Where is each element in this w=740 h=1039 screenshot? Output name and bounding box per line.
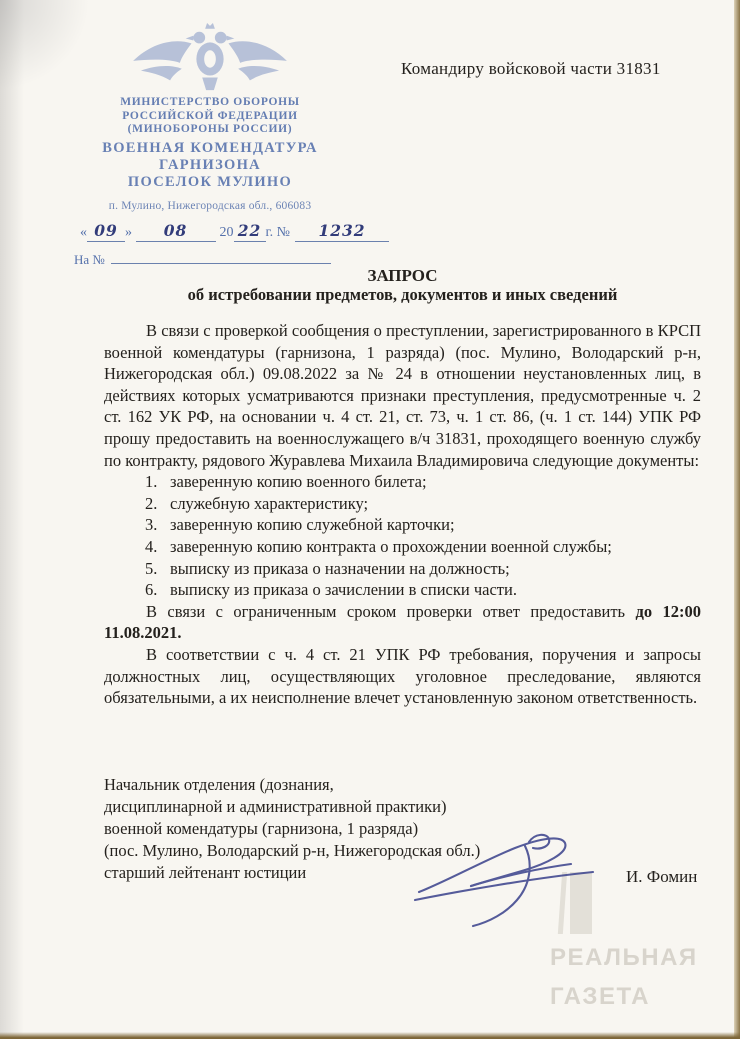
signature-line2: дисциплинарной и административной практи… [104,796,480,818]
date-month-field: 08 [136,221,216,242]
document-title: ЗАПРОС [104,266,701,285]
stamp-org-line1: МИНИСТЕРСТВО ОБОРОНЫ [68,96,352,110]
requested-documents-list: заверенную копию военного билета; служеб… [104,471,701,601]
ref-label: На № [74,252,105,267]
list-item: служебную характеристику; [104,493,701,515]
scanned-document-page: МИНИСТЕРСТВО ОБОРОНЫ РОССИЙСКОЙ ФЕДЕРАЦИ… [0,0,740,1039]
signature-line1: Начальник отделения (дознания, [104,774,480,796]
date-year-printed: 20 [220,225,234,240]
scan-edge-bottom [0,1032,740,1039]
date-year-suffix: г. № [266,225,291,240]
ministry-eagle-emblem-icon [125,22,295,94]
list-item: выписку из приказа о назначении на должн… [104,558,701,580]
handwritten-doc-number: 1232 [318,221,365,240]
date-quote-open: « [80,225,87,240]
document-body: ЗАПРОС об истребовании предметов, докуме… [104,266,701,709]
date-quote-close: » [125,225,132,240]
stamp-unit-line1: ВОЕННАЯ КОМЕНДАТУРА [68,140,352,157]
stamp-date-line: «09» 082022г. №1232 [68,221,352,242]
list-item: заверенную копию контракта о прохождении… [104,536,701,558]
letterhead-stamp: МИНИСТЕРСТВО ОБОРОНЫ РОССИЙСКОЙ ФЕДЕРАЦИ… [68,22,352,268]
date-day-field: 09 [87,221,125,242]
deadline-text: В связи с ограниченным сроком проверки о… [146,602,635,621]
scan-edge-right [734,0,740,1039]
addressee-line: Командиру войсковой части 31831 [401,59,661,79]
paragraph-deadline: В связи с ограниченным сроком проверки о… [104,601,701,644]
handwritten-year: 22 [238,221,262,240]
watermark-line1: РЕАЛЬНАЯ [550,942,698,973]
stamp-org-line3: (МИНОБОРОНЫ РОССИИ) [68,123,352,137]
handwritten-day: 09 [94,221,118,240]
handwritten-month: 08 [164,221,188,240]
list-item: заверенную копию военного билета; [104,471,701,493]
watermark-line2: ГАЗЕТА [550,981,698,1012]
date-year-field: 22 [234,221,266,242]
paragraph-intro: В связи с проверкой сообщения о преступл… [104,320,701,471]
stamp-unit-line2: ГАРНИЗОНА [68,157,352,174]
document-subtitle: об истребовании предметов, документов и … [104,285,701,305]
stamp-org-line2: РОССИЙСКОЙ ФЕДЕРАЦИИ [68,110,352,124]
scan-shadow-left [0,0,24,1039]
list-item: выписку из приказа о зачислении в списки… [104,579,701,601]
ref-blank-underline [111,263,331,264]
list-item: заверенную копию служебной карточки; [104,514,701,536]
stamp-address: п. Мулино, Нижегородская обл., 606083 [68,200,352,212]
signer-name: И. Фомин [626,867,697,887]
paragraph-legal: В соответствии с ч. 4 ст. 21 УПК РФ треб… [104,644,701,709]
handwritten-signature-icon [411,826,601,928]
date-number-field: 1232 [295,221,389,242]
stamp-unit-line3: ПОСЕЛОК МУЛИНО [68,174,352,191]
